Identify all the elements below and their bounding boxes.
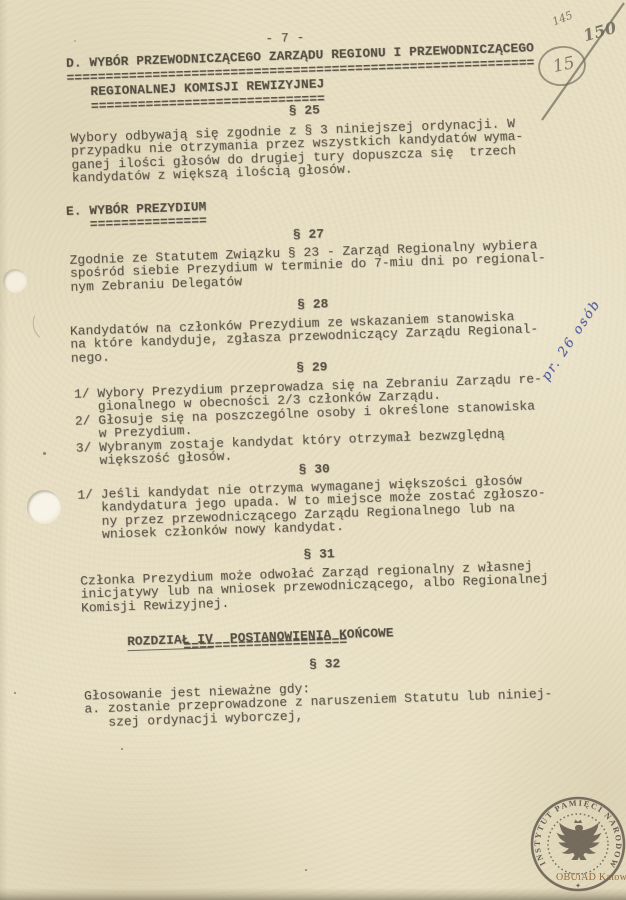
scan-edge-left — [0, 0, 8, 900]
scan-edge-bottom — [0, 888, 626, 900]
para-29-marker: § 29 — [296, 360, 328, 374]
paper-speck — [43, 452, 46, 455]
para-28-text: Kandydatów na członków Prezydium ze wska… — [70, 309, 539, 365]
para-30-list: 1/ Jeśli kandydat nie otrzyma wymaganej … — [77, 473, 547, 542]
paper-speck — [121, 748, 123, 750]
eagle-crown — [574, 820, 582, 823]
section-e-heading: E. WYBÓR PREZYDIUM =============== — [66, 200, 207, 233]
para-27-text: Zgodnie ze Statutem Związku § 23 - Zarzą… — [69, 238, 546, 294]
punch-hole-bottom — [27, 490, 61, 524]
eagle-icon — [557, 823, 602, 860]
typed-text-layer: - 7 - D. WYBÓR PRZEWODNICZĄCEGO ZARZĄDU … — [62, 14, 617, 791]
para-28-marker: § 28 — [297, 297, 329, 311]
paper-speck — [305, 869, 307, 871]
para-25-marker: § 25 — [289, 103, 321, 117]
para-32-marker: § 32 — [309, 657, 341, 671]
page-number: - 7 - — [265, 31, 304, 46]
paper-speck — [74, 40, 76, 42]
paper-speck — [14, 692, 16, 694]
para-27-marker: § 27 — [293, 227, 325, 241]
para-32-text: Głosowanie jest nieważne gdy: a. zostani… — [84, 674, 553, 730]
para-31-marker: § 31 — [303, 547, 335, 561]
stamp-caption: OBUiAD Katowice — [556, 872, 626, 883]
para-31-text: Członka Prezydium może odwołać Zarząd re… — [80, 559, 549, 615]
para-25-text: Wybory odbywają się zgodnie z § 3 niniej… — [70, 117, 524, 186]
para-30-marker: § 30 — [298, 462, 330, 476]
scanned-document-page: - 7 - D. WYBÓR PRZEWODNICZĄCEGO ZARZĄDU … — [0, 0, 626, 900]
para-29-list: 1/ Wybory Prezydium przeprowadza się na … — [74, 372, 544, 468]
